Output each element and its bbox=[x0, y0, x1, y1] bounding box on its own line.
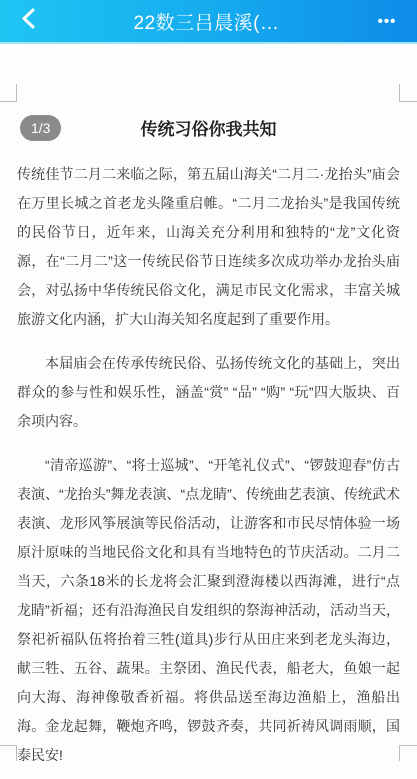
chat-title: 22数三吕晨溪(… bbox=[44, 8, 369, 35]
page-number-badge: 1/3 bbox=[20, 115, 61, 141]
page-corner-bottom-left bbox=[0, 745, 17, 761]
paragraph-1: 传统佳节二月二来临之际，第五届山海关“二月二·龙抬头”庙会在万里长城之首老龙头隆… bbox=[17, 160, 400, 334]
paragraph-2: 本届庙会在传承传统民俗、弘扬传统文化的基础上，突出群众的参与性和娱乐性，涵盖“赏… bbox=[17, 349, 400, 436]
more-menu-button[interactable]: ••• bbox=[369, 5, 405, 37]
page-corner-top-right bbox=[399, 84, 417, 102]
page-corner-top-left bbox=[0, 84, 17, 102]
document-title: 传统习俗你我共知 bbox=[0, 46, 417, 142]
back-button[interactable] bbox=[12, 5, 44, 37]
paragraph-3: “清帝巡游”、“将士巡城”、“开笔礼仪式”、“锣鼓迎春”仿古表演、“龙抬头”舞龙… bbox=[17, 451, 400, 770]
document-body: 传统佳节二月二来临之际，第五届山海关“二月二·龙抬头”庙会在万里长城之首老龙头隆… bbox=[0, 160, 417, 770]
page-corner-bottom-right bbox=[399, 745, 417, 761]
back-chevron-icon bbox=[22, 8, 35, 34]
ellipsis-icon: ••• bbox=[378, 13, 397, 30]
screen: 22数三吕晨溪(… ••• 1/3 传统习俗你我共知 传统佳节二月二来临之际，第… bbox=[0, 0, 417, 779]
app-bar: 22数三吕晨溪(… ••• bbox=[0, 0, 417, 44]
document-page[interactable]: 传统习俗你我共知 传统佳节二月二来临之际，第五届山海关“二月二·龙抬头”庙会在万… bbox=[0, 46, 417, 779]
